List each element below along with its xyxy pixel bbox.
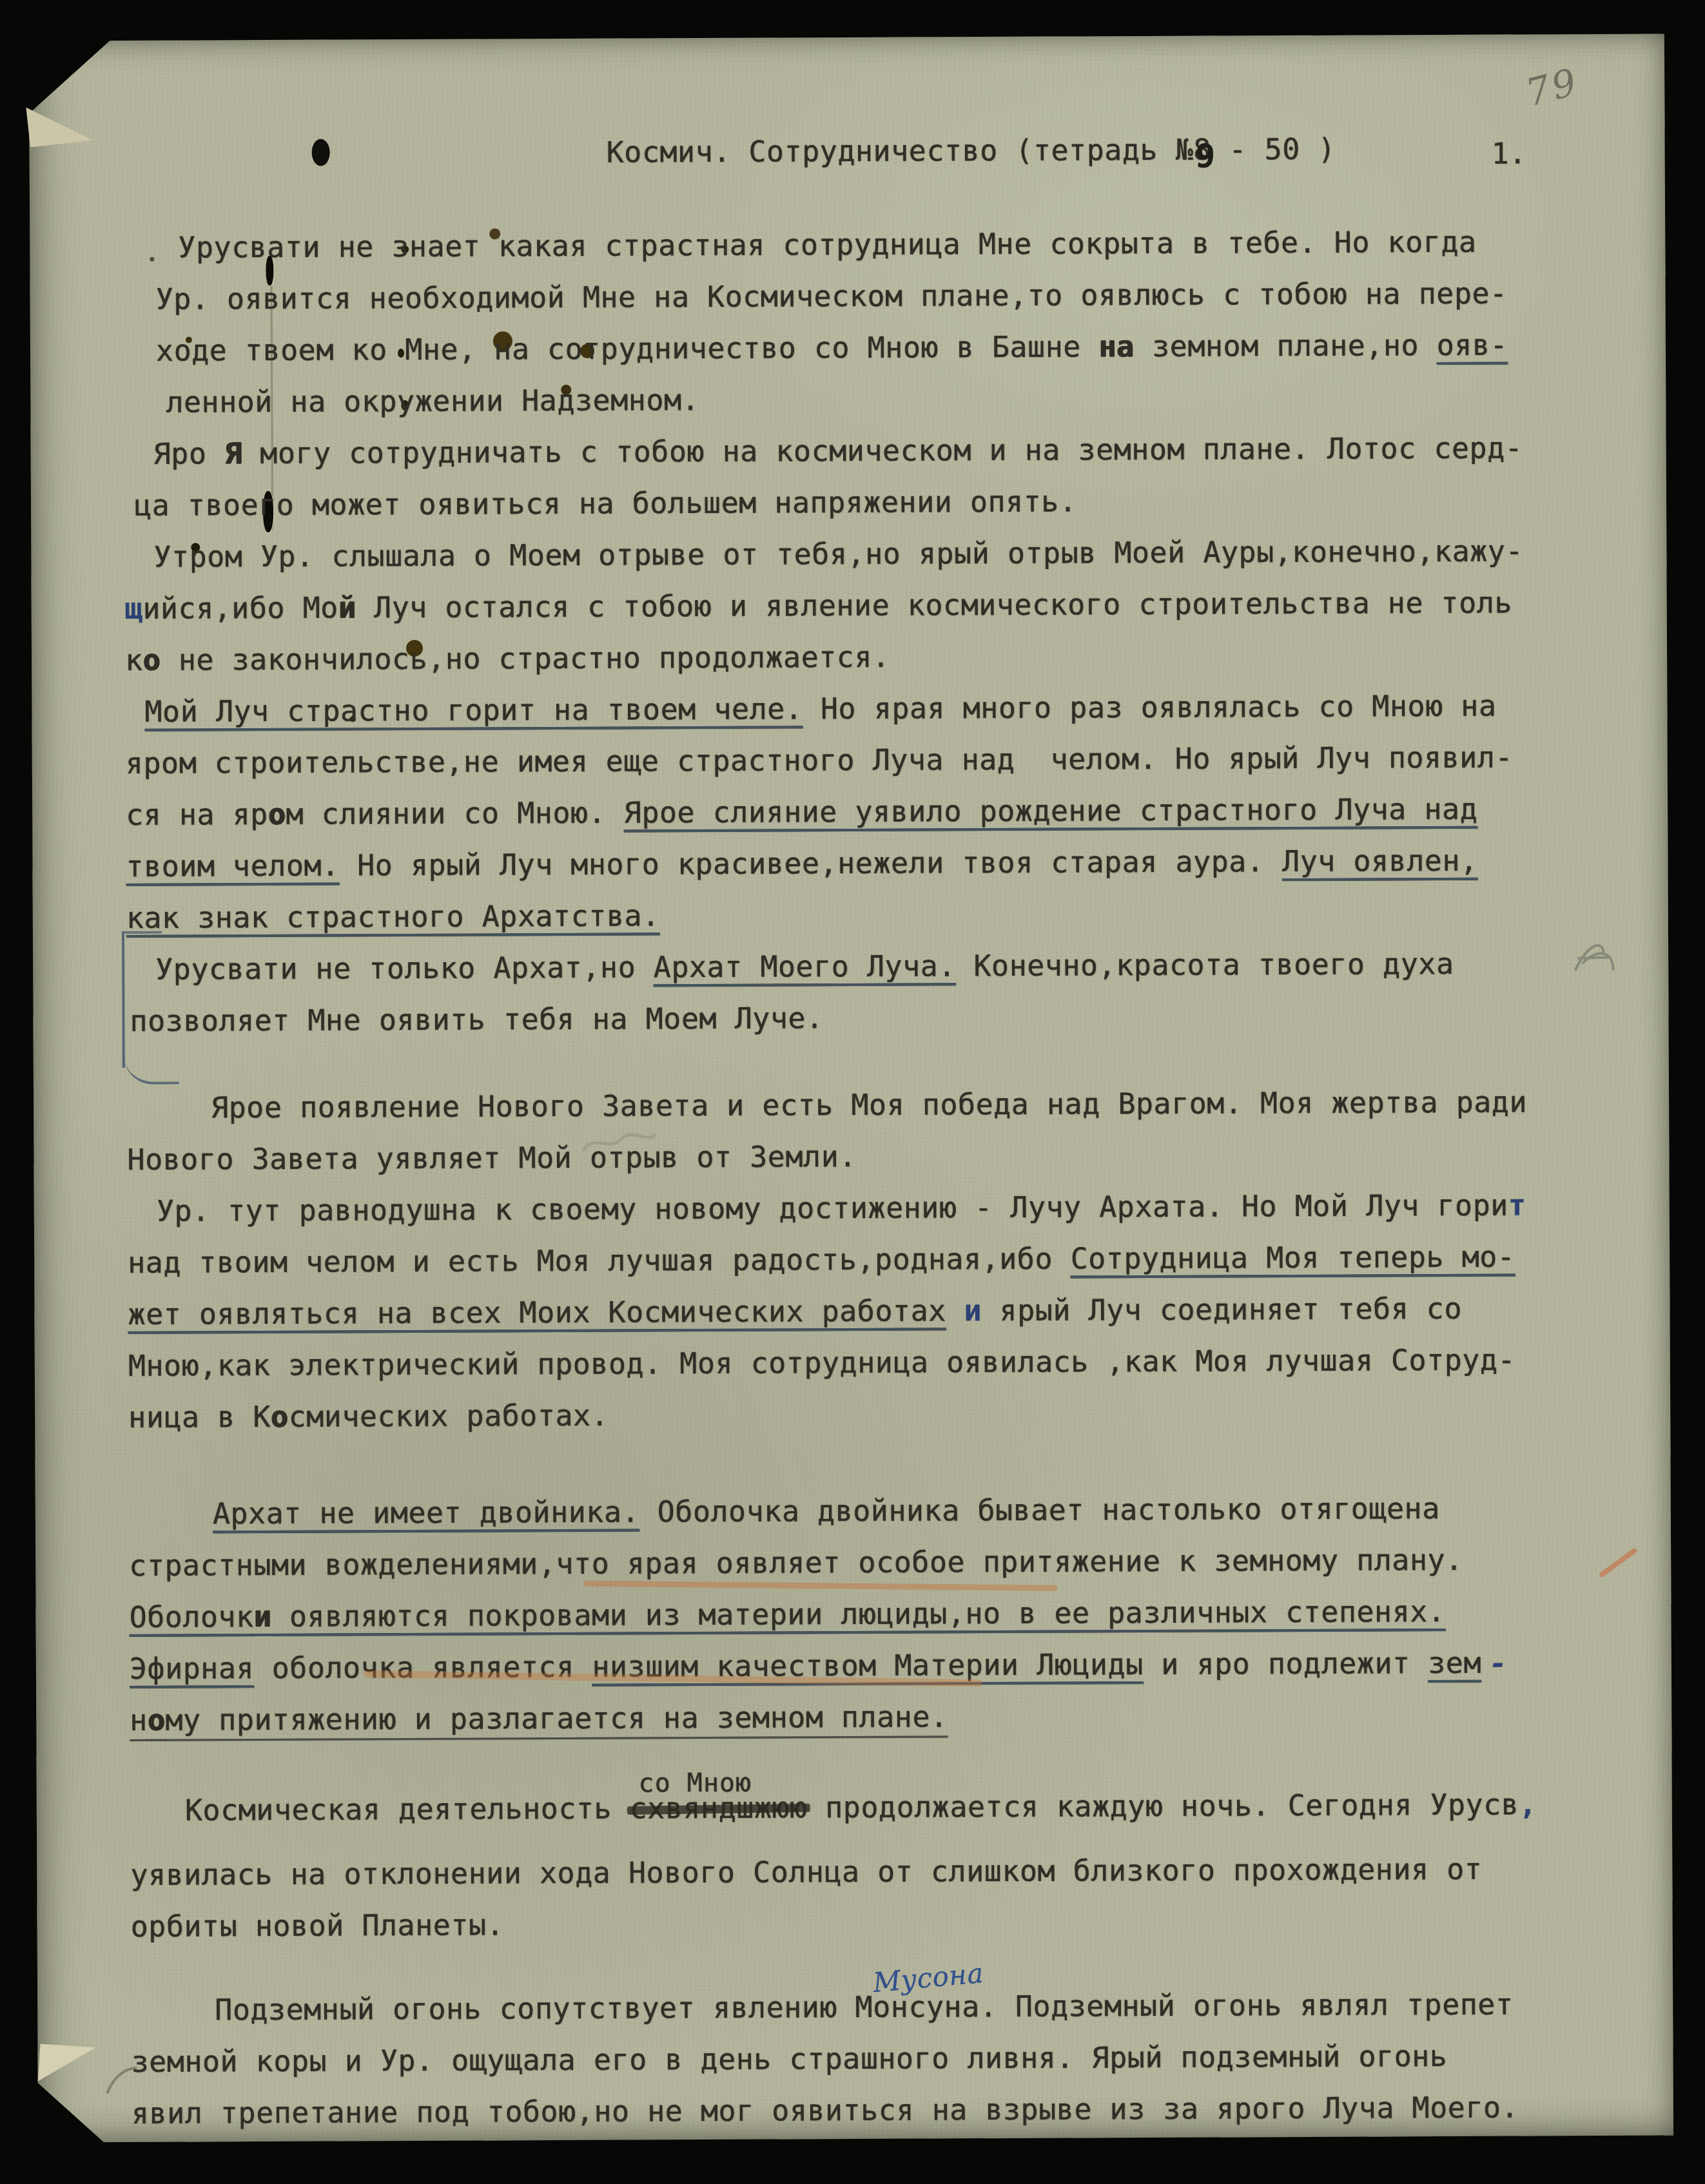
notebook-number-overwrite: 9 xyxy=(1194,137,1216,175)
text-line: ходе твоем ко Мне, на сотрудничество со … xyxy=(156,319,1646,377)
typed-insertion: со Мною xyxy=(638,1757,752,1810)
fold-flap-bottom-left xyxy=(38,2044,96,2085)
text-segment: к xyxy=(125,643,143,677)
text-line: Мой Луч страстно горит на твоем челе. Но… xyxy=(144,680,1648,738)
text-segment: ся на яр xyxy=(126,797,268,832)
doc-title-tail: - 50 ) xyxy=(1211,132,1336,167)
text-line: Нового Завета уявляет Мой отрыв от Земли… xyxy=(127,1128,1650,1186)
text-segment: . Подземный огонь являл трепет xyxy=(980,1987,1514,2024)
text-line: ся на яром слиянии со Мною. Ярое слияние… xyxy=(126,783,1648,841)
text-segment: - xyxy=(1481,1646,1505,1680)
text-segment: о xyxy=(143,643,161,677)
text-segment: земном плане,но xyxy=(1134,328,1436,363)
text-segment: Сотрудница Моя теперь мо- xyxy=(1070,1240,1515,1276)
text-segment: о xyxy=(271,1400,289,1434)
text-line: Яро Я могу сотрудничать с тобою на косми… xyxy=(153,422,1647,480)
document-header: Космич. Сотрудничество (тетрадь №89 - 50… xyxy=(607,132,1336,169)
text-line: Оболочки оявляются покровами из материи … xyxy=(129,1585,1651,1643)
text-line: жет оявляться на всех Моих Космических р… xyxy=(128,1282,1650,1340)
text-segment: и яро подлежит xyxy=(1144,1646,1428,1681)
text-segment: продолжается каждую ночь. Сегодня Урусв xyxy=(808,1787,1519,1824)
ink-blot xyxy=(312,139,330,166)
text-segment: позволяет Мне оявить тебя на Моем Луче. xyxy=(130,1001,823,1038)
text-line: Космическая деятельность схвяндшжююсо Мн… xyxy=(185,1779,1653,1837)
text-segment: ярый Луч соединяет тебя со xyxy=(982,1291,1462,1328)
text-segment: Ярое слияние уявило рождение страстного … xyxy=(624,792,1478,830)
folio-number: 79 xyxy=(1521,59,1583,115)
margin-bracket xyxy=(122,931,162,1068)
text-segment: ленной на окружении Надземном. xyxy=(166,383,699,420)
text-segment: Мой Луч страстно горит на твоем челе. xyxy=(144,691,803,728)
text-segment: о xyxy=(268,797,286,831)
text-line: Урусвати не только Архат,но Архат Моего … xyxy=(155,938,1649,996)
text-line: Ур. оявится необходимой Мне на Космическ… xyxy=(155,267,1646,325)
text-segment: могу сотрудничать с тобою на космическом… xyxy=(242,430,1523,470)
pencil-scribble xyxy=(1570,933,1625,982)
text-segment: Луч остался с тобою и явление космическо… xyxy=(356,586,1512,625)
text-line: ному притяжению и разлагается на земном … xyxy=(130,1688,1652,1746)
text-segment: и xyxy=(254,1599,272,1634)
text-segment: страстными вожделениями,что ярая оявляет… xyxy=(129,1543,1463,1583)
text-line: Утром Ур. слышала о Моем отрыве от тебя,… xyxy=(153,525,1647,583)
text-segment: уявилась на отклонении хода Нового Солнц… xyxy=(130,1852,1482,1892)
text-segment: Подземный огонь сопутствует явлению xyxy=(215,1990,855,2027)
text-segment: явил трепетание под тобою,но не мог ояви… xyxy=(132,2090,1519,2130)
pencil-scribble xyxy=(102,2064,141,2096)
notebook-number: 89 xyxy=(1193,133,1211,167)
fold-flap-top-left xyxy=(26,101,93,147)
text-line: орбиты новой Планеты. xyxy=(130,1895,1653,1953)
text-segment: ояв- xyxy=(1437,328,1508,362)
text-segment: оявляются покровами из материи люциды,но… xyxy=(271,1594,1445,1634)
doc-title: Космич. Сотрудничество (тетрадь № xyxy=(607,133,1194,169)
text-segment: жет оявляться на всех Моих Космических р… xyxy=(128,1293,946,1331)
text-segment: Архат Моего Луча. xyxy=(654,949,956,984)
text-segment: ца твоего может оявиться на большем напр… xyxy=(134,484,1077,522)
text-line: Архат не имеет двойника. Оболочка двойни… xyxy=(213,1482,1651,1540)
text-segment: как знак страстного Архатства. xyxy=(126,898,660,935)
text-segment: зем xyxy=(1428,1646,1481,1680)
text-segment: Эфирная xyxy=(130,1651,254,1686)
text-segment: й xyxy=(338,590,356,624)
text-segment xyxy=(946,1293,964,1328)
scan-background: { "colors": { "background": "#070706", "… xyxy=(0,0,1705,2184)
text-line: как знак страстного Архатства. xyxy=(126,886,1649,944)
text-segment: МонсунаМусона xyxy=(855,1989,979,2024)
text-segment: Но ярый Луч много красивее,нежели твоя с… xyxy=(339,844,1282,882)
text-segment: смических работах. xyxy=(288,1398,609,1434)
text-line: уявилась на отклонении хода Нового Солнц… xyxy=(130,1843,1653,1901)
text-segment: на xyxy=(1098,329,1134,363)
text-segment: ийся,ибо Мо xyxy=(142,590,338,625)
text-line: над твоим челом и есть Моя лучшая радост… xyxy=(128,1231,1650,1289)
text-segment: Мною,как электрический провод. Моя сотру… xyxy=(128,1343,1515,1383)
text-line: ница в Космических работах. xyxy=(128,1386,1651,1444)
text-segment: н xyxy=(130,1703,148,1737)
text-segment: Конечно,красота твоего духа xyxy=(956,947,1454,983)
text-segment: Луч оявлен, xyxy=(1282,844,1478,878)
text-line: ца твоего может оявиться на большем напр… xyxy=(134,474,1647,532)
text-segment: Оболочк xyxy=(129,1599,253,1634)
text-segment: Ур. оявится необходимой Мне на Космическ… xyxy=(156,276,1508,316)
text-segment: твоим челом. xyxy=(126,848,339,883)
text-line: явил трепетание под тобою,но не мог ояви… xyxy=(132,2082,1654,2140)
text-segment: Урусвати не знает какая страстная сотруд… xyxy=(178,225,1476,265)
text-segment: Ур. тут равнодушна к своему новому дости… xyxy=(157,1188,1508,1228)
text-line: щийся,ибо Мой Луч остался с тобою и явле… xyxy=(125,577,1648,635)
text-segment: Яро xyxy=(153,436,225,470)
text-segment: схвяндшжююсо Мною xyxy=(630,1790,808,1825)
text-segment: Архат не имеет двойника. xyxy=(213,1494,639,1531)
text-segment: т xyxy=(1508,1188,1526,1222)
text-segment: Урусвати не только Архат,но xyxy=(155,950,654,986)
text-segment: , xyxy=(1519,1787,1537,1821)
text-line: позволяет Мне оявить тебя на Моем Луче. xyxy=(130,989,1649,1047)
text-line: Урусвати не знает какая страстная сотруд… xyxy=(178,216,1646,274)
text-line: ленной на окружении Надземном. xyxy=(166,371,1646,429)
text-line: яром строительстве,не имея еще страстног… xyxy=(126,731,1648,789)
text-line: Ур. тут равнодушна к своему новому дости… xyxy=(157,1179,1650,1237)
text-line: Подземный огонь сопутствует явлению Монс… xyxy=(215,1978,1653,2036)
text-line: Эфирная оболочка является низшим качеств… xyxy=(130,1637,1652,1695)
text-segment: Нового Завета уявляет Мой отрыв от Земли… xyxy=(127,1139,857,1177)
text-segment: о xyxy=(148,1703,166,1737)
page-number: 1. xyxy=(1492,136,1526,170)
text-segment: земной коры и Ур. ощущала его в день стр… xyxy=(131,2039,1447,2079)
text-segment: ница в К xyxy=(128,1400,271,1435)
text-segment: м слиянии со Мною. xyxy=(286,796,623,831)
text-line: Мною,как электрический провод. Моя сотру… xyxy=(128,1334,1651,1392)
text-segment: Утром Ур. слышала о Моем отрыве от тебя,… xyxy=(153,534,1523,574)
text-segment: Оболочка двойника бывает настолько отяго… xyxy=(639,1491,1440,1529)
folded-corner-bottom-left xyxy=(36,2081,106,2144)
text-segment: ходе твоем ко Мне, на сотрудничество со … xyxy=(156,329,1099,367)
text-segment: над твоим челом и есть Моя лучшая радост… xyxy=(128,1242,1071,1280)
text-line: земной коры и Ур. ощущала его в день стр… xyxy=(131,2030,1653,2088)
text-segment: не закончилось,но страстно продолжается. xyxy=(161,640,890,677)
text-segment: Космическая деятельность xyxy=(185,1792,630,1828)
text-line: твоим челом. Но ярый Луч много красивее,… xyxy=(126,835,1648,893)
text-segment: му притяжению и разлагается на земном пл… xyxy=(165,1699,948,1737)
text-segment: орбиты новой Планеты. xyxy=(131,1908,505,1944)
text-line: Ярое появление Нового Завета и есть Моя … xyxy=(211,1076,1650,1134)
text-segment: Я xyxy=(224,436,242,470)
text-segment: яром строительстве,не имея еще страстног… xyxy=(126,740,1513,780)
text-segment: и xyxy=(964,1293,982,1328)
document-page: 79 Космич. Сотрудничество (тетрадь №89 -… xyxy=(29,34,1673,2142)
handwritten-correction: Мусона xyxy=(871,1947,986,2009)
text-segment: щ xyxy=(125,592,143,626)
text-line: ко не закончилось,но страстно продолжает… xyxy=(125,628,1648,686)
body-text: Урусвати не знает какая страстная сотруд… xyxy=(123,216,1654,2140)
pencil-scribble xyxy=(580,1130,658,1156)
text-segment: Ярое появление Нового Завета и есть Моя … xyxy=(211,1085,1527,1125)
text-segment: Но ярая много раз оявлялась со Мною на xyxy=(803,689,1496,726)
